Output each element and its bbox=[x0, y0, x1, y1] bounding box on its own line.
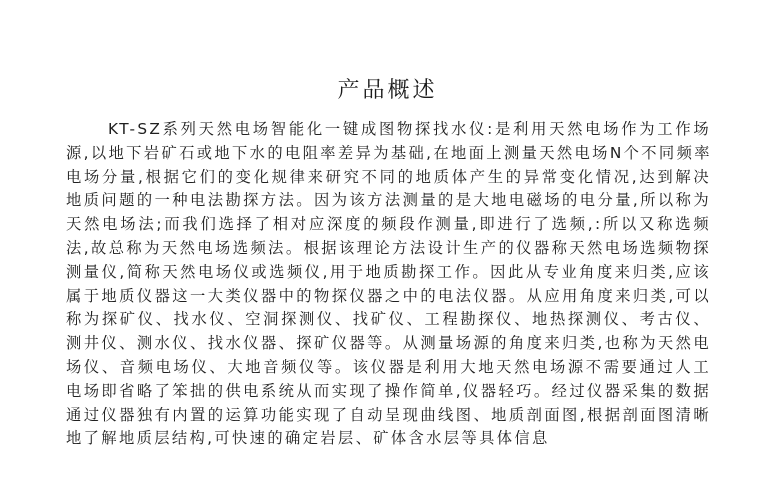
paragraph-line: 场仪、音频电场仪、大地音频仪等。该仪器是利用大地天然电场源不需要通过人工 bbox=[66, 356, 711, 380]
paragraph-line: 称为探矿仪、找水仪、空洞探测仪、找矿仪、工程勘探仪、地热探测仪、考古仪、 bbox=[66, 308, 711, 332]
paragraph-line: 天然电场法;而我们选择了相对应深度的频段作测量,即进行了选频,:所以又称选频 bbox=[66, 213, 711, 237]
paragraph-line: 通过仪器独有内置的运算功能实现了自动呈现曲线图、地质剖面图,根据剖面图清晰 bbox=[66, 404, 711, 428]
paragraph-line: 电场即省略了笨拙的供电系统从而实现了操作简单,仪器轻巧。经过仪器采集的数据 bbox=[66, 380, 711, 404]
page-title: 产品概述 bbox=[0, 73, 775, 104]
paragraph-line: KT-SZ系列天然电场智能化一键成图物探找水仪:是利用天然电场作为工作场 bbox=[66, 118, 711, 142]
paragraph-line: 属于地质仪器这一大类仪器中的物探仪器之中的电法仪器。从应用角度来归类,可以 bbox=[66, 285, 711, 309]
product-description: KT-SZ系列天然电场智能化一键成图物探找水仪:是利用天然电场作为工作场 源,以… bbox=[66, 118, 711, 451]
paragraph-line: 电场分量,根据它们的变化规律来研究不同的地质体产生的异常变化情况,达到解决 bbox=[66, 166, 711, 190]
paragraph-line: 地了解地质层结构,可快速的确定岩层、矿体含水层等具体信息 bbox=[66, 427, 711, 451]
paragraph-line: 地质问题的一种电法勘探方法。因为该方法测量的是大地电磁场的电分量,所以称为 bbox=[66, 189, 711, 213]
paragraph-line: 测井仪、测水仪、找水仪器、探矿仪器等。从测量场源的角度来归类,也称为天然电 bbox=[66, 332, 711, 356]
paragraph-line: 测量仪,简称天然电场仪或选频仪,用于地质勘探工作。因此从专业角度来归类,应该 bbox=[66, 261, 711, 285]
paragraph-line: 源,以地下岩矿石或地下水的电阻率差异为基础,在地面上测量天然电场N个不同频率 bbox=[66, 142, 711, 166]
paragraph-line: 法,故总称为天然电场选频法。根据该理论方法设计生产的仪器称天然电场选频物探 bbox=[66, 237, 711, 261]
